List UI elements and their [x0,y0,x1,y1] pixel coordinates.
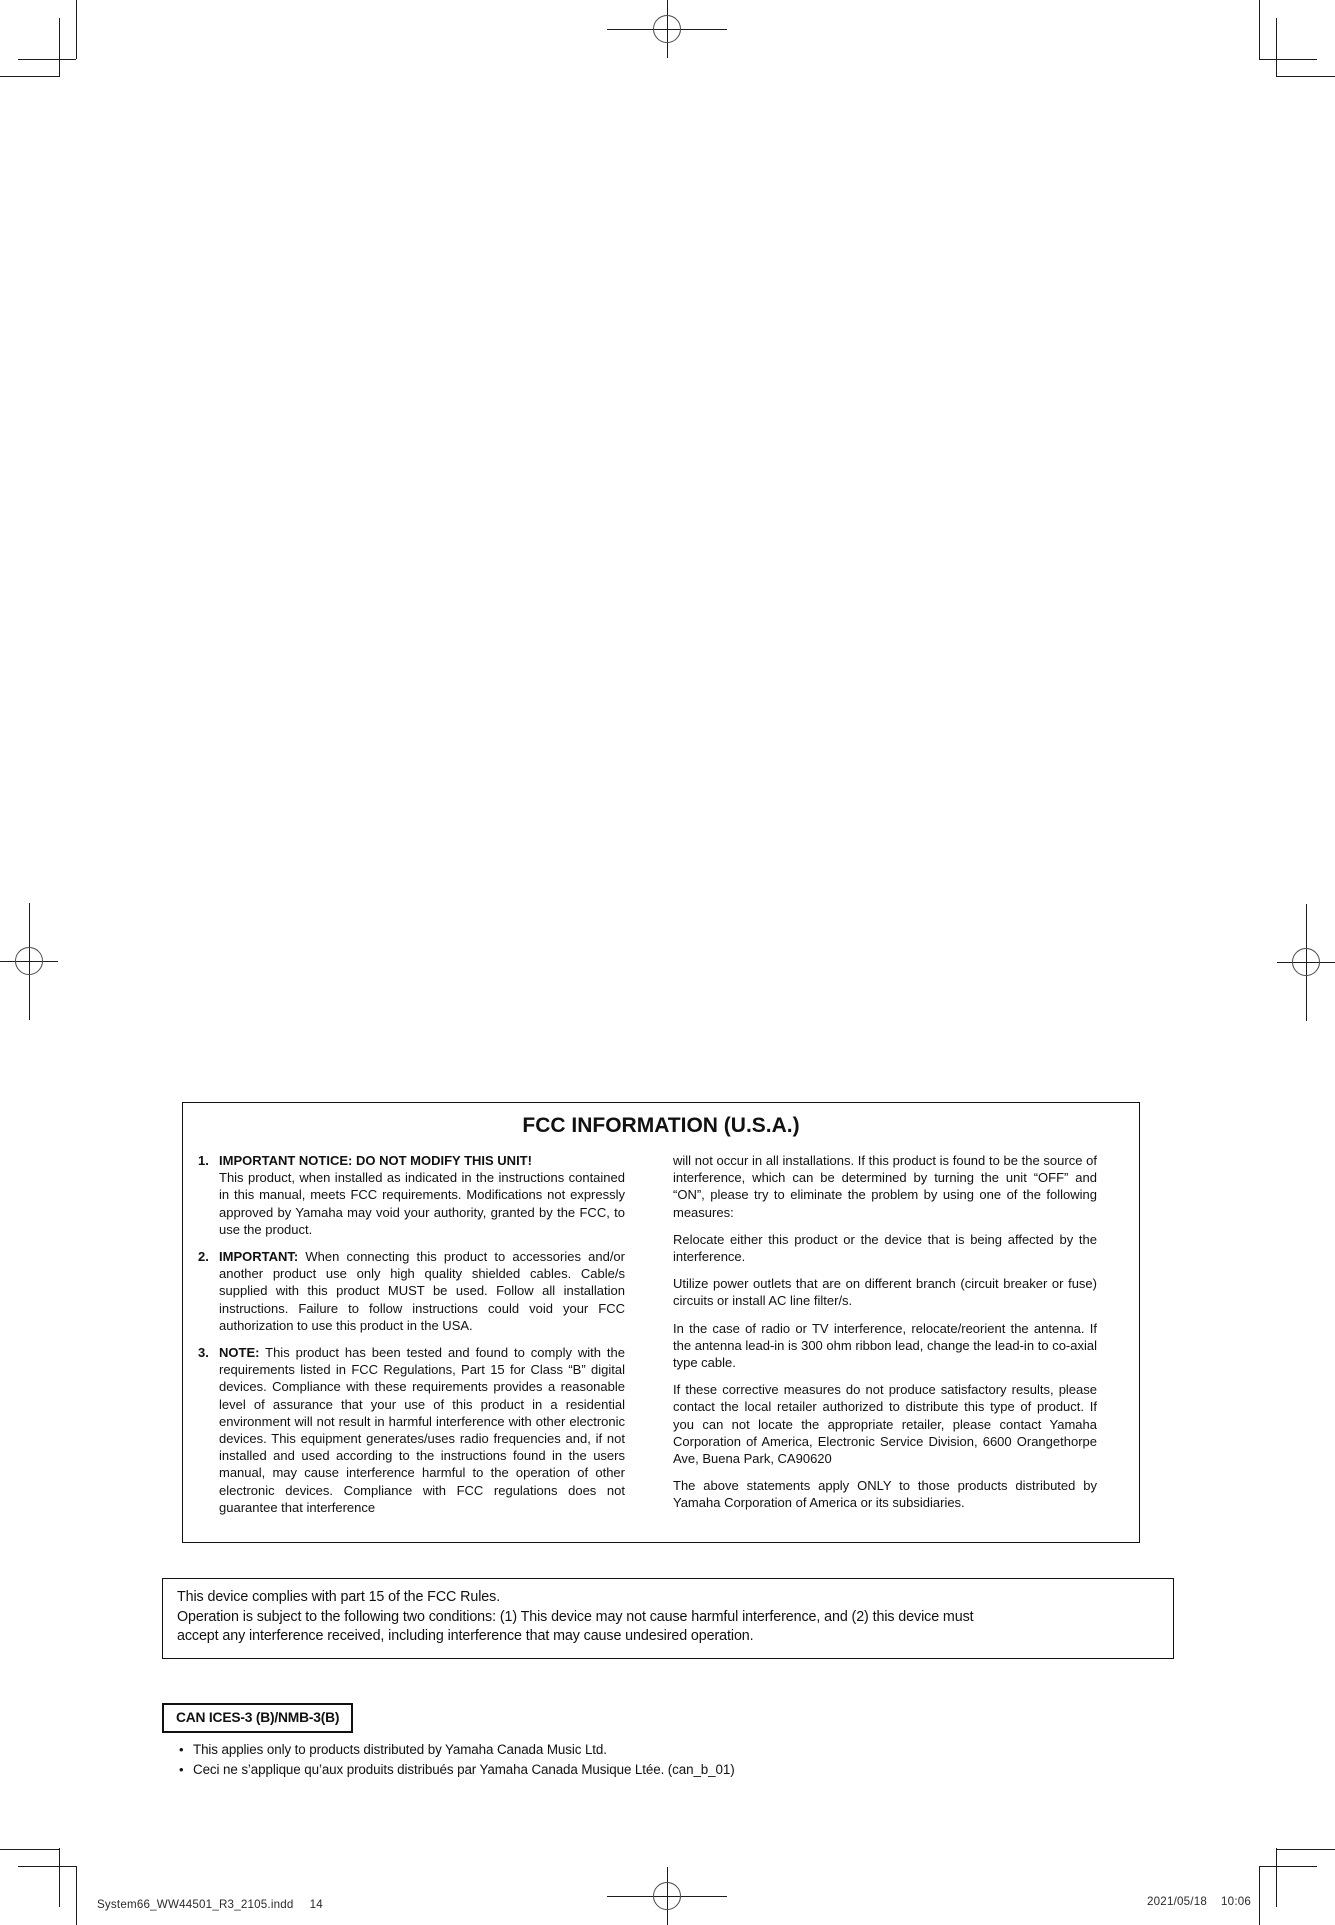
fcc-right-paragraph: If these corrective measures do not prod… [673,1381,1097,1467]
fcc-item-1-text: This product, when installed as indicate… [219,1169,625,1238]
fcc-right-paragraph: Relocate either this product or the devi… [673,1231,1097,1265]
fcc-item-1: 1. IMPORTANT NOTICE: DO NOT MODIFY THIS … [198,1152,625,1238]
document-page: FCC INFORMATION (U.S.A.) 1. IMPORTANT NO… [0,0,1335,1925]
fcc-item-3: 3. NOTE: This product has been tested an… [198,1344,625,1516]
fcc-right-paragraph: The above statements apply ONLY to those… [673,1477,1097,1511]
fcc-left-column: 1. IMPORTANT NOTICE: DO NOT MODIFY THIS … [198,1152,625,1516]
footer-time: 10:06 [1221,1895,1251,1908]
fcc-box-title: FCC INFORMATION (U.S.A.) [183,1103,1139,1138]
compliance-line-3: accept any interference received, includ… [177,1627,1159,1647]
footer-slug-left: System66_WW44501_R3_2105.indd 14 [97,1898,323,1911]
compliance-line-2: Operation is subject to the following tw… [177,1608,1159,1628]
bullet-text: Ceci ne s’applique qu’aux produits distr… [193,1760,735,1780]
bullet-text: This applies only to products distribute… [193,1740,607,1760]
can-ices-bullets: • This applies only to products distribu… [179,1740,1079,1780]
bullet-icon: • [179,1740,193,1760]
fcc-box-columns: 1. IMPORTANT NOTICE: DO NOT MODIFY THIS … [183,1138,1139,1530]
fcc-right-paragraph: In the case of radio or TV interference,… [673,1320,1097,1372]
fcc-right-paragraph: Utilize power outlets that are on differ… [673,1275,1097,1309]
fcc-item-2-number: 2. [198,1248,219,1334]
bullet-item: • This applies only to products distribu… [179,1740,1079,1760]
fcc-item-2-lead: IMPORTANT: [219,1249,298,1264]
fcc-right-column: will not occur in all installations. If … [673,1152,1097,1516]
bullet-icon: • [179,1760,193,1780]
fcc-item-3-lead: NOTE: [219,1345,259,1360]
fcc-item-1-heading: IMPORTANT NOTICE: DO NOT MODIFY THIS UNI… [219,1152,625,1169]
fcc-item-3-body: This product has been tested and found t… [219,1345,625,1515]
fcc-compliance-box: This device complies with part 15 of the… [162,1578,1174,1659]
can-ices-label: CAN ICES-3 (B)/NMB-3(B) [176,1710,339,1725]
footer-page-number: 14 [310,1898,323,1911]
bullet-item: • Ceci ne s’applique qu’aux produits dis… [179,1760,1079,1780]
footer-slug-right: 2021/05/18 10:06 [1147,1895,1251,1908]
fcc-item-2: 2. IMPORTANT: When connecting this produ… [198,1248,625,1334]
footer-filename: System66_WW44501_R3_2105.indd [97,1898,294,1911]
fcc-item-2-text: IMPORTANT: When connecting this product … [219,1248,625,1334]
fcc-item-3-number: 3. [198,1344,219,1516]
fcc-right-paragraph: will not occur in all installations. If … [673,1152,1097,1221]
fcc-item-3-text: NOTE: This product has been tested and f… [219,1344,625,1516]
footer-date: 2021/05/18 [1147,1895,1207,1908]
fcc-information-box: FCC INFORMATION (U.S.A.) 1. IMPORTANT NO… [182,1102,1140,1543]
compliance-line-1: This device complies with part 15 of the… [177,1588,1159,1608]
fcc-item-1-number: 1. [198,1152,219,1238]
can-ices-label-box: CAN ICES-3 (B)/NMB-3(B) [162,1703,353,1733]
